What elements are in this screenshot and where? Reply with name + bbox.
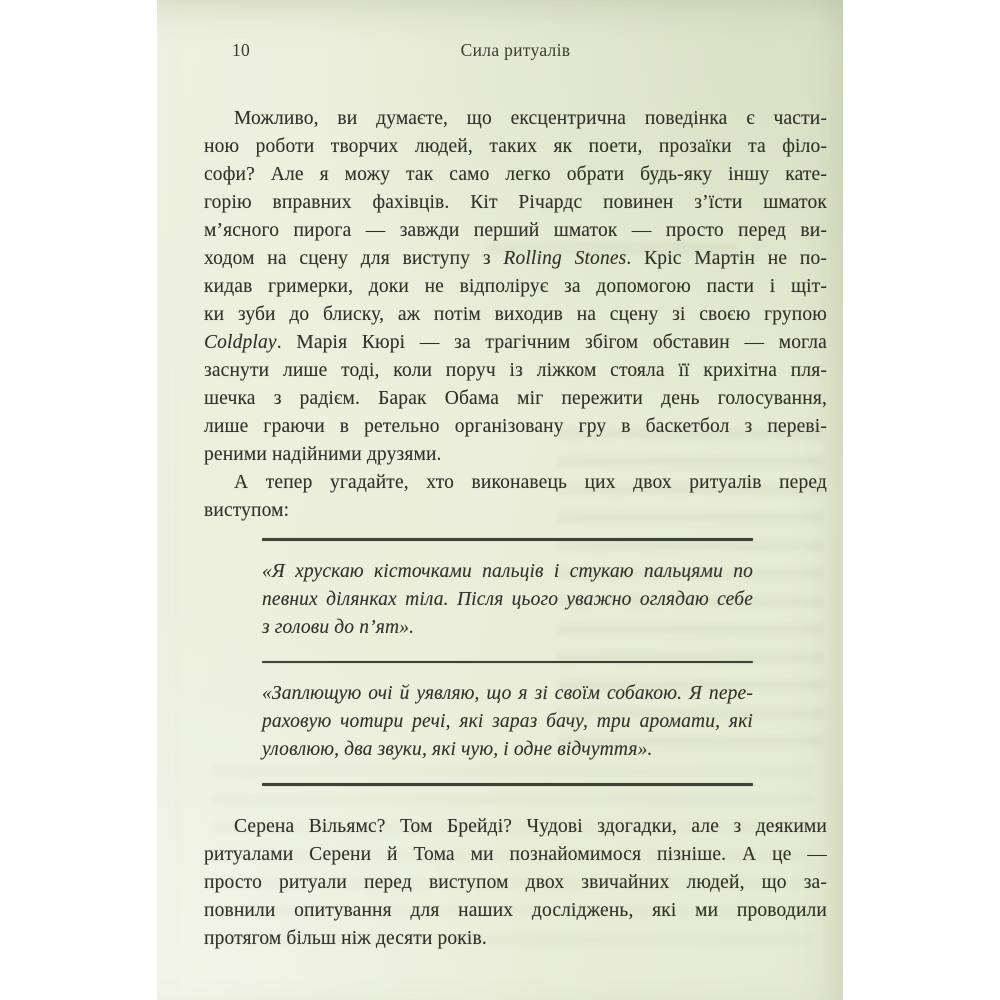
photo-background: 10 Сила ритуалів Можливо, ви думаєте, що… <box>0 0 1000 1000</box>
text-segment: ходом на сцену для виступу з <box>204 248 503 269</box>
text-segment: реними надійними друзями. <box>204 444 442 465</box>
text-segment: лише граючи в ретельно організовану гру … <box>204 416 827 437</box>
text-segment: ною роботи творчих людей, таких як поети… <box>204 136 827 157</box>
text-line: кидав гримерки, доки не відполірує за до… <box>204 273 827 301</box>
text-segment: ритуалами Серени й Тома ми познайомимося… <box>204 844 827 865</box>
text-segment: софи? Але я можу так само легко обрати б… <box>204 164 827 185</box>
text-line: ки зуби до блиску, аж потім виходив на с… <box>204 301 827 329</box>
running-title: Сила ритуалів <box>204 40 827 61</box>
text-segment: . Кріс Мартін не по- <box>626 248 827 269</box>
text-segment: Серена Вільямс? Том Брейді? Чудові здога… <box>234 816 827 837</box>
divider-rule <box>262 661 753 664</box>
paragraph-guess-prompt: А тепер угадайте, хто виконавець цих дво… <box>204 469 827 525</box>
text-line: протягом більш ніж десяти років. <box>204 925 827 953</box>
text-line: «Я хрускаю кісточками пальців і стукаю п… <box>262 558 753 586</box>
text-segment: повнили опитування для наших досліджень,… <box>204 900 827 921</box>
text-segment: заснути лише тоді, коли поруч із ліжком … <box>204 360 827 381</box>
quote-knuckles-ritual: «Я хрускаю кісточками пальців і стукаю п… <box>262 558 753 642</box>
text-segment: Можливо, ви думаєте, що ексцентрична пов… <box>234 108 827 129</box>
text-line: раховую чотири речі, які зараз бачу, три… <box>262 708 753 736</box>
text-segment: горію вправних фахівців. Кіт Річардс пов… <box>204 192 827 213</box>
text-line: ною роботи творчих людей, таких як поети… <box>204 133 827 161</box>
text-segment: ки зуби до блиску, аж потім виходив на с… <box>204 304 827 325</box>
text-segment: «Я хрускаю кісточками пальців і стукаю п… <box>262 561 753 582</box>
body-text: Можливо, ви думаєте, що ексцентрична пов… <box>204 105 827 953</box>
text-line: шечка з радієм. Барак Обама міг пережити… <box>204 385 827 413</box>
text-line: певних ділянках тіла. Після цього уважно… <box>262 586 753 614</box>
text-line: просто ритуали перед виступом двох звича… <box>204 869 827 897</box>
text-line: повнили опитування для наших досліджень,… <box>204 897 827 925</box>
text-line: Серена Вільямс? Том Брейді? Чудові здога… <box>204 813 827 841</box>
text-segment: з голови до п’ят». <box>262 617 414 638</box>
text-segment: уловлюю, два звуки, які чую, і одне відч… <box>262 739 653 760</box>
text-segment: просто ритуали перед виступом двох звича… <box>204 872 827 893</box>
quote-dog-ritual: «Заплющую очі й уявляю, що я зі своїм со… <box>262 680 753 764</box>
text-segment: раховую чотири речі, які зараз бачу, три… <box>262 711 753 732</box>
text-segment: А тепер угадайте, хто виконавець цих дво… <box>234 472 827 493</box>
text-line: А тепер угадайте, хто виконавець цих дво… <box>204 469 827 497</box>
text-segment: м’ясного пирога — завжди перший шматок —… <box>204 220 827 241</box>
text-line: реними надійними друзями. <box>204 441 827 469</box>
running-head: 10 Сила ритуалів <box>204 40 827 64</box>
text-segment: шечка з радієм. Барак Обама міг пережити… <box>204 388 827 409</box>
text-segment: . Марія Кюрі — за трагічним збігом обста… <box>277 332 827 353</box>
paragraph-serena-tom: Серена Вільямс? Том Брейді? Чудові здога… <box>204 813 827 953</box>
text-line: Можливо, ви думаєте, що ексцентрична пов… <box>204 105 827 133</box>
text-line: м’ясного пирога — завжди перший шматок —… <box>204 217 827 245</box>
text-line: ритуалами Серени й Тома ми познайомимося… <box>204 841 827 869</box>
divider-rule <box>262 783 753 786</box>
text-line: з голови до п’ят». <box>262 614 753 642</box>
text-line: заснути лише тоді, коли поруч із ліжком … <box>204 357 827 385</box>
text-segment: певних ділянках тіла. Після цього уважно… <box>262 589 753 610</box>
text-segment: протягом більш ніж десяти років. <box>204 928 487 949</box>
paragraph-eccentric-behavior: Можливо, ви думаєте, що ексцентрична пов… <box>204 105 827 469</box>
divider-rule <box>262 538 753 541</box>
book-page: 10 Сила ритуалів Можливо, ви думаєте, що… <box>157 0 843 1000</box>
italic-text-segment: Rolling Stones <box>503 248 626 269</box>
page-content: 10 Сила ритуалів Можливо, ви думаєте, що… <box>157 40 843 953</box>
text-line: «Заплющую очі й уявляю, що я зі своїм со… <box>262 680 753 708</box>
text-line: Coldplay. Марія Кюрі — за трагічним збіг… <box>204 329 827 357</box>
text-line: горію вправних фахівців. Кіт Річардс пов… <box>204 189 827 217</box>
text-segment: виступом: <box>204 500 289 521</box>
text-line: виступом: <box>204 497 827 525</box>
text-line: уловлюю, два звуки, які чую, і одне відч… <box>262 736 753 764</box>
text-segment: кидав гримерки, доки не відполірує за до… <box>204 276 827 297</box>
text-line: софи? Але я можу так само легко обрати б… <box>204 161 827 189</box>
text-segment: «Заплющую очі й уявляю, що я зі своїм со… <box>262 683 753 704</box>
text-line: ходом на сцену для виступу з Rolling Sto… <box>204 245 827 273</box>
text-line: лише граючи в ретельно організовану гру … <box>204 413 827 441</box>
italic-text-segment: Coldplay <box>204 332 277 353</box>
